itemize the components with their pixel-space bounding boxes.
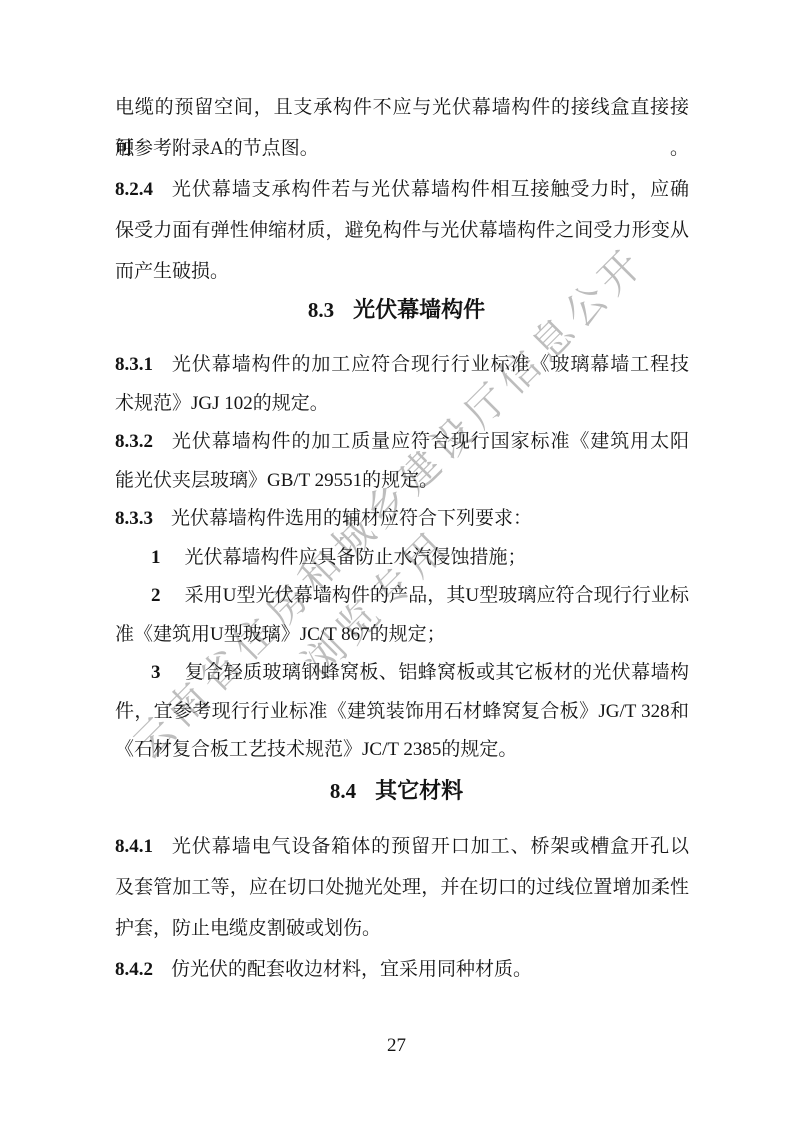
body-line: 及套管加工等，应在切口处抛光处理，并在切口的过线位置增加柔性 (115, 867, 689, 908)
clause-8-3-2-line: 8.3.2光伏幕墙构件的加工质量应符合现行国家标准《建筑用太阳 (115, 423, 689, 462)
clause-text: 光伏幕墙构件的加工应符合现行行业标准《玻璃幕墙工程技 (171, 354, 689, 375)
section-8-3-block: 8.3.1光伏幕墙构件的加工应符合现行行业标准《玻璃幕墙工程技 术规范》JGJ … (115, 346, 689, 770)
heading-title: 其它材料 (375, 778, 463, 803)
list-item-3-line: 3复合轻质玻璃钢蜂窝板、铝蜂窝板或其它板材的光伏幕墙构 (115, 654, 689, 693)
item-number: 1 (151, 547, 161, 568)
heading-title: 光伏幕墙构件 (353, 297, 485, 322)
body-line: 准《建筑用U型玻璃》JC/T 867的规定； (115, 616, 689, 655)
list-item-1-line: 1光伏幕墙构件应具备防止水汽侵蚀措施； (115, 539, 689, 578)
clause-8-2-4-line: 8.2.4光伏幕墙支承构件若与光伏幕墙构件相互接触受力时，应确 (115, 169, 689, 210)
item-number: 2 (151, 585, 161, 606)
clause-number: 8.4.1 (115, 836, 153, 857)
item-text: 采用U型光伏幕墙构件的产品，其U型玻璃应符合现行行业标 (185, 585, 690, 606)
body-line: 而产生破损。 (115, 251, 689, 292)
section-heading-8-4: 8.4其它材料 (0, 777, 793, 804)
heading-number: 8.3 (308, 298, 334, 322)
body-line: 护套，防止电缆皮割破或划伤。 (115, 908, 689, 949)
item-text: 光伏幕墙构件应具备防止水汽侵蚀措施； (185, 547, 527, 568)
body-line: 件，宜参考现行行业标准《建筑装饰用石材蜂窝复合板》JG/T 328和 (115, 693, 689, 732)
body-line: 保受力面有弹性伸缩材质，避免构件与光伏幕墙构件之间受力形变从 (115, 210, 689, 251)
section-8-2-block: 电缆的预留空间，且支承构件不应与光伏幕墙构件的接线盒直接接触。 可参考附录A的节… (115, 87, 689, 292)
clause-8-3-3-line: 8.3.3光伏幕墙构件选用的辅材应符合下列要求： (115, 500, 689, 539)
clause-8-4-1-line: 8.4.1光伏幕墙电气设备箱体的预留开口加工、桥架或槽盒开孔以 (115, 826, 689, 867)
content-layer: 电缆的预留空间，且支承构件不应与光伏幕墙构件的接线盒直接接触。 可参考附录A的节… (0, 0, 793, 1122)
clause-text: 仿光伏的配套收边材料，宜采用同种材质。 (171, 959, 532, 980)
document-page: 云南省住房和城乡建设厅信息公开 浏览专用 电缆的预留空间，且支承构件不应与光伏幕… (0, 0, 793, 1122)
clause-number: 8.3.1 (115, 354, 153, 375)
item-text: 复合轻质玻璃钢蜂窝板、铝蜂窝板或其它板材的光伏幕墙构 (185, 662, 690, 683)
clause-text: 光伏幕墙构件选用的辅材应符合下列要求： (171, 508, 532, 529)
body-line: 《石材复合板工艺技术规范》JC/T 2385的规定。 (115, 731, 689, 770)
section-8-4-block: 8.4.1光伏幕墙电气设备箱体的预留开口加工、桥架或槽盒开孔以 及套管加工等，应… (115, 826, 689, 990)
list-item-2-line: 2采用U型光伏幕墙构件的产品，其U型玻璃应符合现行行业标 (115, 577, 689, 616)
clause-number: 8.3.3 (115, 508, 153, 529)
item-number: 3 (151, 662, 161, 683)
page-number: 27 (0, 1036, 793, 1056)
clause-8-3-1-line: 8.3.1光伏幕墙构件的加工应符合现行行业标准《玻璃幕墙工程技 (115, 346, 689, 385)
body-line: 电缆的预留空间，且支承构件不应与光伏幕墙构件的接线盒直接接触。 (115, 87, 689, 128)
section-heading-8-3: 8.3光伏幕墙构件 (0, 296, 793, 323)
clause-8-4-2-line: 8.4.2仿光伏的配套收边材料，宜采用同种材质。 (115, 949, 689, 990)
clause-text: 光伏幕墙电气设备箱体的预留开口加工、桥架或槽盒开孔以 (171, 836, 689, 857)
body-line: 能光伏夹层玻璃》GB/T 29551的规定。 (115, 462, 689, 501)
clause-text: 光伏幕墙支承构件若与光伏幕墙构件相互接触受力时，应确 (171, 179, 689, 200)
clause-number: 8.3.2 (115, 431, 153, 452)
clause-text: 光伏幕墙构件的加工质量应符合现行国家标准《建筑用太阳 (171, 431, 689, 452)
clause-number: 8.4.2 (115, 959, 153, 980)
body-line: 术规范》JGJ 102的规定。 (115, 385, 689, 424)
clause-number: 8.2.4 (115, 179, 153, 200)
heading-number: 8.4 (330, 779, 356, 803)
